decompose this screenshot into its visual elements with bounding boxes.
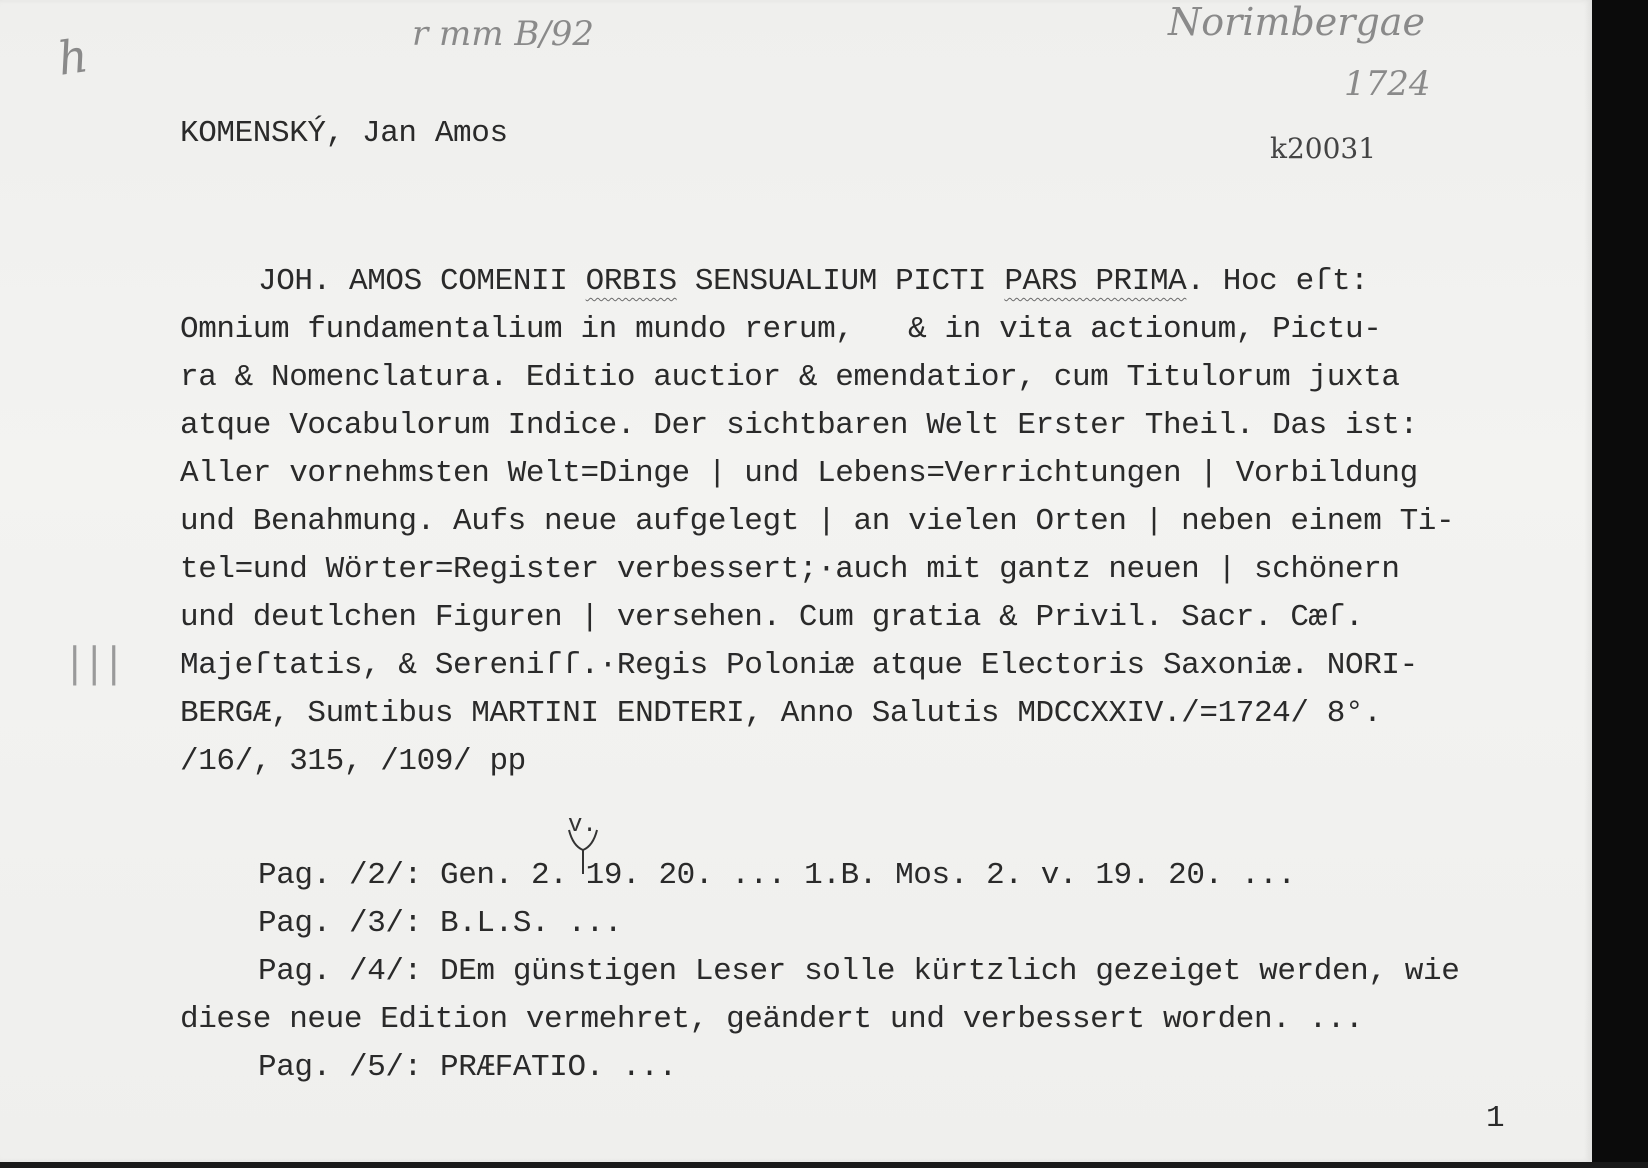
description-line: und deutlchen Figuren | versehen. Cum gr…: [180, 594, 1454, 642]
note-line: Pag. /3/: B.L.S. ...: [180, 900, 1459, 948]
handwritten-margin-marks: |||: [68, 640, 126, 686]
note-line: Pag. /2/: Gen. 2. 19. 20. ... 1.B. Mos. …: [180, 852, 1459, 900]
handwritten-year: 1724: [1344, 64, 1431, 104]
description-line: BERGÆ, Sumtibus MARTINI ENDTERI, Anno Sa…: [180, 690, 1454, 738]
description-line: ra & Nomenclatura. Editio auctior & emen…: [180, 354, 1454, 402]
description-text: JOH. AMOS COMENII: [258, 264, 586, 299]
description-line: Aller vornehmsten Welt=Dinge | und Leben…: [180, 450, 1454, 498]
author-heading: KOMENSKÝ, Jan Amos: [180, 110, 508, 158]
page-number: 1: [1486, 1095, 1504, 1143]
underlined-title-word: ORBIS: [586, 264, 677, 299]
description-line: Omnium fundamentalium in mundo rerum, & …: [180, 306, 1454, 354]
description-text: atque Vocabulorum Indice. Der sichtbaren…: [180, 408, 1418, 443]
description-text: Omnium fundamentalium in mundo rerum, & …: [180, 312, 1381, 347]
bibliographic-description: JOH. AMOS COMENII ORBIS SENSUALIUM PICTI…: [180, 258, 1454, 786]
description-line: JOH. AMOS COMENII ORBIS SENSUALIUM PICTI…: [180, 258, 1454, 306]
underlined-title-word: PARS PRIMA: [1004, 264, 1186, 299]
catalog-card: h r mm B/92 Norimbergae 1724 k20031 ||| …: [0, 0, 1592, 1162]
handwritten-corner-mark: h: [54, 28, 91, 86]
scan-border-bottom: [0, 1162, 1648, 1168]
description-line: und Benahmung. Aufs neue aufgelegt | an …: [180, 498, 1454, 546]
handwritten-place: Norimbergae: [1168, 0, 1425, 44]
description-line: /16/, 315, /109/ pp: [180, 738, 1454, 786]
description-text: . Hoc eſt:: [1186, 264, 1368, 299]
handwritten-catalog-id: k20031: [1270, 132, 1376, 165]
description-text: SENSUALIUM PICTI: [677, 264, 1005, 299]
description-text: Majeſtatis, & Sereniſſ.·Regis Poloniæ at…: [180, 648, 1418, 683]
description-text: und Benahmung. Aufs neue aufgelegt | an …: [180, 504, 1454, 539]
description-line: atque Vocabulorum Indice. Der sichtbaren…: [180, 402, 1454, 450]
description-line: tel=und Wörter=Register verbessert;·auch…: [180, 546, 1454, 594]
note-line: Pag. /5/: PRÆFATIO. ...: [180, 1044, 1459, 1092]
note-line: Pag. /4/: DEm günstigen Leser solle kürt…: [180, 948, 1459, 996]
description-text: Aller vornehmsten Welt=Dinge | und Leben…: [180, 456, 1418, 491]
description-text: und deutlchen Figuren | versehen. Cum gr…: [180, 600, 1363, 635]
description-text: ra & Nomenclatura. Editio auctior & emen…: [180, 360, 1400, 395]
description-text: BERGÆ, Sumtibus MARTINI ENDTERI, Anno Sa…: [180, 696, 1381, 731]
page-notes: Pag. /2/: Gen. 2. 19. 20. ... 1.B. Mos. …: [180, 852, 1459, 1092]
handwritten-shelf-note: r mm B/92: [412, 14, 594, 54]
description-line: Majeſtatis, & Sereniſſ.·Regis Poloniæ at…: [180, 642, 1454, 690]
scan-border-right: [1592, 0, 1648, 1168]
description-text: tel=und Wörter=Register verbessert;·auch…: [180, 552, 1400, 587]
note-line: diese neue Edition vermehret, geändert u…: [180, 996, 1459, 1044]
description-text: /16/, 315, /109/ pp: [180, 744, 526, 779]
